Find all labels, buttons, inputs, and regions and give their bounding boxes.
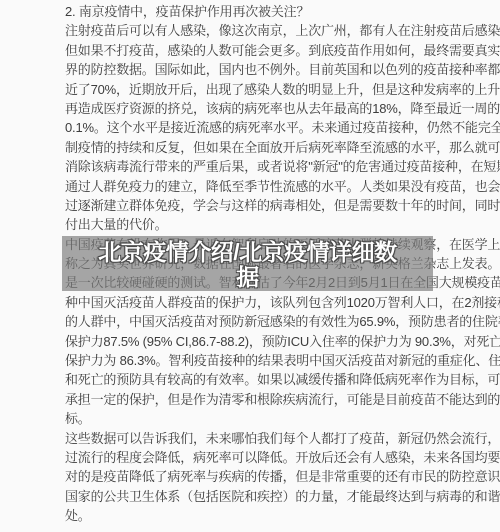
text-line: 注射疫苗后可以有人感染，像这次南京，上次广州，都有人在注射疫苗后感染。 (65, 21, 500, 40)
text-line: 2. 南京疫情中，疫苗保护作用再次被关注？ (65, 2, 500, 21)
text-line: 过逐渐建立群体免疫，学会与这样的病毒相处，但是需要数十年的时间，同时要 (65, 196, 500, 215)
text-line: 但如果不打疫苗，感染的人数可能会更多。到底疫苗作用如何，最终需要真实世 (65, 41, 500, 60)
overlay-title-line-1: 北京疫情介绍/北京疫情详细数 (98, 240, 396, 265)
text-line: 保护力为 86.3%。智利疫苗接种的结果表明中国灭活疫苗对新冠的重症化、住院 (65, 351, 500, 370)
text-line: 付出大量的代价。 (65, 215, 500, 234)
text-line: 近了70%，近期放开后，出现了感染人数的明显上升，但是这种发病率的上升不 (65, 80, 500, 99)
overlay-title-line-2: 据 (236, 265, 259, 290)
text-line: 制疫情的持续和反复，但如果在全面放开后病死率降至流感的水平，那么就可以 (65, 138, 500, 157)
text-line: 过流行的程度会降低，病死率可以降低。开放后还会有人感染，未来各国均要面 (65, 448, 500, 467)
text-line: 通过人群免疫力的建立，降低至季节性流感的水平。人类如果没有疫苗，也会通 (65, 177, 500, 196)
text-line: 0.1%。这个水平是接近流感的病死率水平。未来通过疫苗接种，仍然不能完全控 (65, 118, 500, 137)
title-overlay: 北京疫情介绍/北京疫情详细数 据 (62, 236, 433, 291)
text-line: 消除该病毒流行带来的严重后果，或者说将"新冠"的危害通过疫苗接种，在短期内 (65, 157, 500, 176)
text-line: 国家的公共卫生体系（包括医院和疾控）的力量，才能最终达到与病毒的和谐共 (65, 487, 500, 506)
text-line: 种中国灭活疫苗人群疫苗的保护力，该队列包含列1020万智利人口，在2剂接种 (65, 293, 500, 312)
text-line: 处。 (65, 506, 500, 525)
text-line: 标。 (65, 409, 500, 428)
text-line: 界的防控数据。国际如此，国内也不例外。目前英国和以色列的疫苗接种率都接 (65, 60, 500, 79)
text-line: 这些数据可以告诉我们，未来哪怕我们每个人都打了疫苗，新冠仍然会流行，不 (65, 429, 500, 448)
text-line: 保护力87.5% (95% CI,86.7-88.2)，预防ICU入住率的保护力… (65, 332, 500, 351)
text-line: 对的是疫苗降低了病死率与疾病的传播，但是非常重要的还有市民的防控意识， (65, 467, 500, 486)
text-line: 承担一定的保护，但是作为清零和根除疾病流行，可能是目前疫苗不能达到的目 (65, 390, 500, 409)
text-line: 和死亡的预防具有较高的有效率。如果以减缓传播和降低病死率作为目标，可以 (65, 370, 500, 389)
text-line: 再造成医疗资源的挤兑，该病的病死率也从去年最高的18%，降至最近一周的 (65, 99, 500, 118)
text-line: 的人群中，中国灭活疫苗对预防新冠感染的有效性为65.9%，预防患者的住院率 (65, 312, 500, 331)
